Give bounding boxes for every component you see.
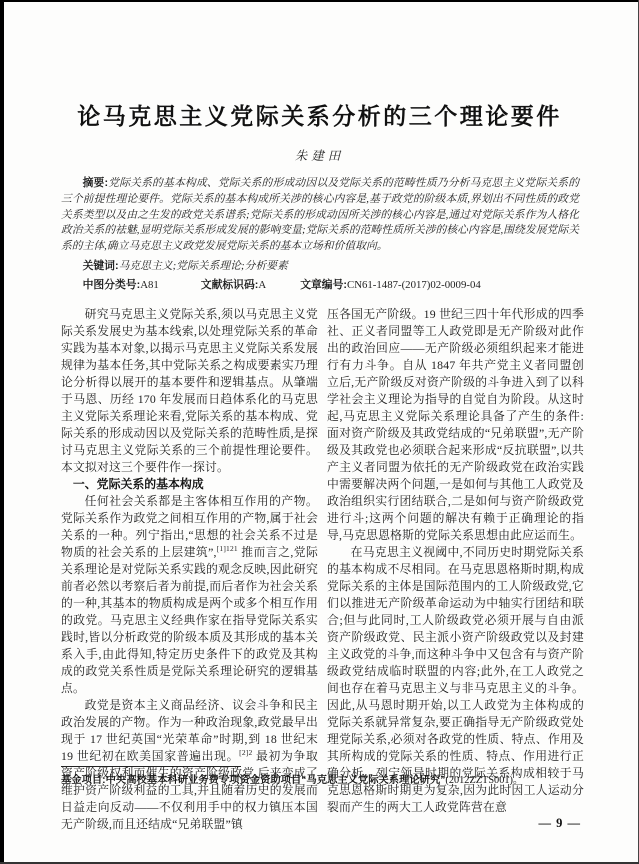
footnote-area: 基金项目:中央高校基本科研业务费专项资金资助项目“马克思主义党际关系理论研究”(…	[61, 766, 585, 788]
footnote-divider	[61, 766, 241, 767]
page-number: — 9 —	[539, 816, 582, 831]
clc-value: A81	[140, 279, 159, 291]
citation-superscript: [1]121	[217, 544, 238, 553]
body-paragraph: 压各国无产阶级。19 世纪三四十年代形成的四季社、正义者同盟等工人政党即是无产阶…	[327, 306, 584, 544]
citation-superscript: [2]2	[239, 748, 252, 757]
article-meta-line: 中图分类号:A81文献标识码:A文章编号:CN61-1487-(2017)02-…	[61, 277, 579, 293]
article-id-label: 文章编号:	[300, 279, 347, 291]
left-column: 研究马克思主义党际关系,须以马克思主义党际关系发展史为基本线索,以处理党际关系的…	[61, 306, 318, 833]
keywords-text: 马克思主义;党际关系理论;分析要素	[119, 260, 288, 272]
clc-label: 中图分类号:	[83, 279, 141, 291]
scan-edge-left	[0, 0, 4, 864]
article-title: 论马克思主义党际关系分析的三个理论要件	[0, 0, 639, 131]
right-column: 压各国无产阶级。19 世纪三四十年代形成的四季社、正义者同盟等工人政党即是无产阶…	[327, 306, 584, 833]
abstract-text: 党际关系的基本构成、党际关系的形成动因以及党际关系的范畴性质乃分析马克思主义党际…	[61, 177, 579, 252]
funding-text: 中央高校基本科研业务费专项资金资助项目“马克思主义党际关系理论研究”	[106, 775, 446, 786]
section-heading: 一、党际关系的基本构成	[61, 476, 318, 493]
author-name: 朱建田	[0, 146, 639, 164]
body-paragraph: 任何社会关系都是主客体相互作用的产物。党际关系作为政党之间相互作用的产物,属于社…	[61, 493, 318, 697]
two-column-body: 研究马克思主义党际关系,须以马克思主义党际关系发展史为基本线索,以处理党际关系的…	[61, 306, 584, 833]
funding-footnote: 基金项目:中央高校基本科研业务费专项资金资助项目“马克思主义党际关系理论研究”(…	[61, 773, 585, 788]
keywords-label: 关键词:	[83, 260, 119, 272]
document-code-label: 文献标识码:	[201, 279, 259, 291]
funding-label: 基金项目:	[61, 775, 106, 786]
scan-edge-top	[0, 0, 639, 2]
abstract-paragraph: 摘要:党际关系的基本构成、党际关系的形成动因以及党际关系的范畴性质乃分析马克思主…	[61, 176, 579, 255]
keywords-line: 关键词:马克思主义;党际关系理论;分析要素	[61, 258, 579, 274]
body-paragraph: 研究马克思主义党际关系,须以马克思主义党际关系发展史为基本线索,以处理党际关系的…	[61, 306, 318, 476]
article-id-value: CN61-1487-(2017)02-0009-04	[347, 279, 481, 291]
body-paragraph: 政党是资本主义商品经济、议会斗争和民主政治发展的产物。作为一种政治现象,政党最早…	[61, 697, 318, 833]
abstract-label: 摘要:	[83, 177, 109, 189]
document-code-value: A	[258, 279, 266, 291]
scanned-article-page: 论马克思主义党际关系分析的三个理论要件 朱建田 摘要:党际关系的基本构成、党际关…	[0, 0, 639, 864]
funding-code: (2012ZZTS001)。	[445, 775, 523, 786]
